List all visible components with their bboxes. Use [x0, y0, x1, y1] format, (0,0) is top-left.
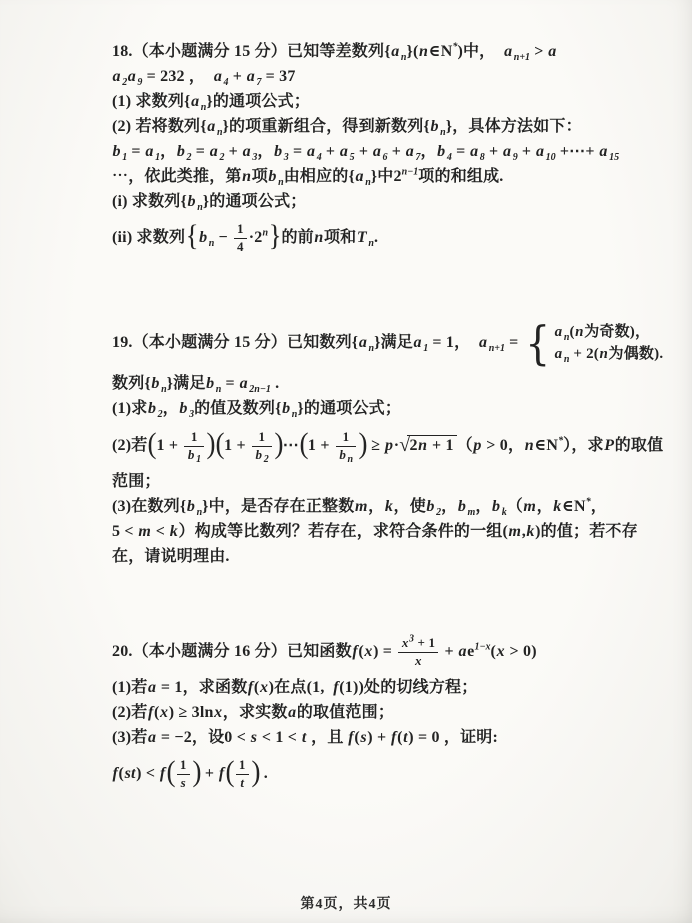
- text-run: }满足: [374, 334, 413, 351]
- text-run: )中，: [457, 43, 503, 60]
- math-variable: n: [575, 324, 585, 340]
- text-run: ，: [475, 498, 491, 515]
- text-run: (3)在数列{: [112, 498, 186, 515]
- text-run: (1) 求数列{: [112, 93, 191, 110]
- text-run: = 1，: [428, 334, 478, 351]
- text-run: +: [201, 765, 219, 782]
- text-run: }满足: [167, 375, 206, 392]
- math-variable: b: [457, 498, 466, 515]
- text-run: (2) 若将数列{: [112, 118, 207, 135]
- text-run: ⋯: [283, 437, 299, 454]
- text-run: > 0): [505, 643, 536, 660]
- text-run: 的取值: [615, 437, 664, 454]
- math-variable: b: [186, 498, 195, 515]
- denominator: b1: [184, 447, 204, 463]
- math-variable: P: [604, 437, 615, 454]
- math-variable: a: [599, 143, 608, 160]
- text-run: 的前: [281, 229, 313, 246]
- math-variable: x: [259, 679, 268, 696]
- text-run: (1)求: [112, 400, 147, 417]
- problem-19-line-7: 5 < m < k）构成等比数列？若存在，求符合条件的一组(m,k)的值；若不存: [112, 520, 652, 544]
- math-variable: b: [187, 447, 195, 462]
- math-variable: b: [282, 400, 291, 417]
- problem-19-line-2: 数列{bn}满足bn = a2n−1 .: [112, 372, 652, 396]
- fraction: 1b1: [184, 430, 204, 463]
- text-run: 2: [409, 437, 417, 454]
- numerator: x3 + 1: [398, 636, 438, 653]
- text-run: 1: [343, 429, 350, 444]
- text-run: 项: [252, 168, 268, 185]
- denominator: s: [177, 775, 190, 791]
- text-run: >: [530, 43, 548, 60]
- text-run: =: [192, 143, 210, 160]
- text-run: ) =: [373, 643, 396, 660]
- math-variable: a: [504, 43, 513, 60]
- bold-symbol: N: [441, 43, 453, 60]
- problem-19-line-3: (1)求b2，b3的值及数列{bn}的通项公式；: [112, 397, 652, 421]
- text-run: +: [229, 68, 247, 85]
- math-variable: m: [508, 523, 522, 540]
- math-variable: a: [147, 679, 156, 696]
- text-run: ) ≥ 3ln: [169, 704, 214, 721]
- math-variable: a: [372, 143, 381, 160]
- math-variable: s: [250, 729, 257, 746]
- math-variable: m: [138, 523, 152, 540]
- math-variable: m: [354, 498, 368, 515]
- text-run: ，: [368, 498, 384, 515]
- subscript: 1: [196, 454, 201, 465]
- exam-content: 18.（本小题满分 15 分）已知等差数列{an}(n∈N*)中， an+1 >…: [112, 40, 652, 798]
- numerator: 1: [177, 758, 190, 775]
- math-variable: s: [180, 775, 186, 790]
- text-run: ⋯，依此类推，第: [112, 168, 242, 185]
- math-variable: n: [242, 168, 252, 185]
- text-run: (: [569, 324, 574, 340]
- problem-18: 18.（本小题满分 15 分）已知等差数列{an}(n∈N*)中， an+1 >…: [112, 40, 652, 261]
- subscript: 2n−1: [249, 384, 271, 395]
- text-run: + 2(: [569, 346, 599, 362]
- text-run: = 1，求函数: [157, 679, 248, 696]
- text-run: =: [221, 375, 239, 392]
- math-variable: m: [523, 498, 537, 515]
- scanned-exam-page: 18.（本小题满分 15 分）已知等差数列{an}(n∈N*)中， an+1 >…: [0, 0, 692, 923]
- page-footer: 第4页，共4页: [0, 893, 692, 913]
- math-variable: x: [364, 643, 373, 660]
- math-variable: k: [553, 498, 562, 515]
- math-variable: x: [414, 653, 422, 668]
- math-variable: a: [479, 334, 488, 351]
- problem-19-line-5: 范围；: [112, 470, 652, 494]
- problem-18-line-5: b1 = a1，b2 = a2 + a3，b3 = a4 + a5 + a6 +…: [112, 140, 652, 164]
- math-variable: n: [419, 43, 429, 60]
- text-run: ）构成等比数列？若存在，求符合条件的一组(: [179, 523, 509, 540]
- math-variable: f: [159, 765, 166, 782]
- text-run: = −2，设0 <: [157, 729, 251, 746]
- math-variable: a: [535, 143, 544, 160]
- math-variable: a: [503, 143, 512, 160]
- text-run: 20.（本小题满分 16 分）已知函数: [112, 643, 352, 660]
- fraction: 1bn: [336, 430, 356, 463]
- math-variable: b: [147, 400, 156, 417]
- text-run: +: [355, 143, 373, 160]
- math-variable: f: [218, 765, 225, 782]
- text-run: 19.（本小题满分 15 分）已知数列{: [112, 334, 358, 351]
- case-rows: an(n为奇数)，an + 2(n为偶数).: [554, 321, 663, 366]
- text-run: ，: [160, 143, 176, 160]
- text-run: ∈: [429, 43, 441, 60]
- math-variable: a: [470, 143, 479, 160]
- problem-20-line-1: 20.（本小题满分 16 分）已知函数f(x) = x3 + 1x + ae1−…: [112, 629, 652, 675]
- text-run: (2)若: [112, 437, 147, 454]
- problem-18-line-7: (i) 求数列{bn}的通项公式；: [112, 190, 652, 214]
- denominator: b2: [252, 447, 272, 463]
- math-variable: a: [339, 143, 348, 160]
- problem-20-line-2: (1)若a = 1，求函数f(x)在点(1, f(1))处的切线方程；: [112, 676, 652, 700]
- text-run: (1)若: [112, 679, 147, 696]
- math-variable: b: [187, 193, 196, 210]
- math-variable: a: [391, 43, 400, 60]
- fraction: 14: [234, 222, 247, 255]
- text-run: =: [289, 143, 307, 160]
- fraction: 1s: [177, 758, 190, 791]
- math-variable: x: [160, 704, 169, 721]
- text-run: (ii) 求数列: [112, 229, 185, 246]
- radicand: 2n + 1: [407, 435, 456, 455]
- text-run: > 0，: [482, 437, 524, 454]
- text-run: +⋯+: [556, 143, 599, 160]
- text-run: 5 <: [112, 523, 138, 540]
- text-run: ) <: [136, 765, 159, 782]
- math-variable: x: [496, 643, 505, 660]
- problem-20-line-4: (3)若a = −2，设0 < s < 1 < t ，且 f(s) + f(t)…: [112, 726, 652, 750]
- text-run: 项的和组成.: [418, 168, 503, 185]
- text-run: (i) 求数列{: [112, 193, 187, 210]
- text-run: <: [152, 523, 170, 540]
- radical: √2n + 1: [399, 422, 456, 469]
- subscript: n: [348, 454, 354, 465]
- text-run: ∈: [562, 498, 574, 515]
- problem-18-line-4: (2) 若将数列{an}的项重新组合，得到新数列{bn}，具体方法如下：: [112, 115, 652, 139]
- text-run: + 1: [414, 635, 435, 650]
- math-variable: p: [473, 437, 482, 454]
- text-run: −: [214, 229, 232, 246]
- text-run: ，: [163, 400, 179, 417]
- math-variable: a: [112, 68, 121, 85]
- math-variable: a: [191, 93, 200, 110]
- text-run: 1: [237, 221, 244, 236]
- math-variable: x: [214, 704, 223, 721]
- text-run: 1: [180, 757, 187, 772]
- math-variable: a: [147, 729, 156, 746]
- text-run: ) = 0 ，证明:: [408, 729, 498, 746]
- problem-19: 19.（本小题满分 15 分）已知数列{an}满足a1 = 1， an+1 = …: [112, 315, 652, 569]
- problem-18-line-8: (ii) 求数列{bn − 14·2n}的前n项和Tn.: [112, 215, 652, 261]
- math-variable: b: [426, 498, 435, 515]
- subscript: n+1: [514, 52, 530, 63]
- text-run: +: [485, 143, 503, 160]
- math-variable: b: [430, 118, 439, 135]
- superscript: 1−x: [474, 642, 490, 653]
- problem-18-line-3: (1) 求数列{an}的通项公式；: [112, 90, 652, 114]
- denominator: 4: [234, 239, 247, 255]
- math-variable: a: [405, 143, 414, 160]
- text-run: (2)若: [112, 704, 147, 721]
- math-variable: p: [385, 437, 394, 454]
- text-run: }的通项公式；: [206, 93, 310, 110]
- text-run: = 37: [261, 68, 295, 85]
- math-variable: b: [339, 447, 347, 462]
- math-variable: n: [599, 346, 609, 362]
- case-row: an(n为奇数)，: [554, 321, 663, 344]
- numerator: 1: [336, 430, 356, 447]
- math-variable: b: [437, 143, 446, 160]
- math-variable: t: [240, 775, 245, 790]
- math-variable: k: [169, 523, 178, 540]
- text-run: 在，请说明理由.: [112, 548, 230, 565]
- text-run: (1))处的切线方程；: [339, 679, 477, 696]
- denominator: bn: [336, 447, 356, 463]
- denominator: t: [236, 775, 249, 791]
- text-run: }(: [406, 43, 418, 60]
- text-run: (3)若: [112, 729, 147, 746]
- text-run: }的通项公式；: [297, 400, 401, 417]
- math-variable: k: [384, 498, 393, 515]
- math-variable: a: [358, 334, 367, 351]
- text-run: ，且: [307, 729, 348, 746]
- text-run: （: [507, 498, 523, 515]
- math-variable: b: [255, 447, 263, 462]
- numerator: 1: [234, 222, 247, 239]
- fraction: 1b2: [252, 430, 272, 463]
- text-run: .: [260, 765, 268, 782]
- left-brace-icon: {: [525, 320, 550, 366]
- text-run: ，使: [394, 498, 426, 515]
- math-variable: a: [207, 118, 216, 135]
- math-variable: a: [209, 143, 218, 160]
- text-run: +: [518, 143, 536, 160]
- text-run: }，具体方法如下：: [446, 118, 582, 135]
- text-run: ∈: [534, 437, 546, 454]
- fraction: x3 + 1x: [398, 636, 438, 669]
- superscript: n: [263, 228, 269, 239]
- text-run: ) +: [367, 729, 390, 746]
- text-run: < 1 <: [258, 729, 302, 746]
- text-run: ），求: [563, 437, 604, 454]
- math-variable: b: [179, 400, 188, 417]
- text-run: （: [457, 437, 473, 454]
- text-run: }的通项公式；: [203, 193, 307, 210]
- text-run: }的项重新组合，得到新数列{: [223, 118, 430, 135]
- math-variable: a: [239, 375, 248, 392]
- math-variable: b: [206, 375, 215, 392]
- math-variable: a: [458, 643, 467, 660]
- text-run: =: [127, 143, 145, 160]
- text-run: 的值及数列{: [194, 400, 282, 417]
- problem-18-line-6: ⋯，依此类推，第n项bn由相应的{an}中2n−1项的和组成.: [112, 165, 652, 189]
- text-run: 1: [239, 757, 246, 772]
- problem-19-line-1: 19.（本小题满分 15 分）已知数列{an}满足a1 = 1， an+1 = …: [112, 315, 652, 371]
- problem-19-line-4: (2)若(1 + 1b1)(1 + 1b2)⋯(1 + 1bn) ≥ p·√2n…: [112, 422, 652, 469]
- text-run: 为偶数).: [609, 346, 664, 362]
- math-variable: a: [145, 143, 154, 160]
- numerator: 1: [236, 758, 249, 775]
- text-run: 1: [191, 429, 198, 444]
- math-variable: b: [176, 143, 185, 160]
- text-run: }中2: [371, 168, 402, 185]
- math-variable: T: [356, 229, 367, 246]
- math-variable: k: [526, 523, 535, 540]
- text-run: +: [224, 143, 242, 160]
- text-run: .: [271, 375, 279, 392]
- problem-18-line-2: a2a9 = 232 ， a4 + a7 = 37: [112, 65, 652, 89]
- case-row: an + 2(n为偶数).: [554, 343, 663, 366]
- problem-19-line-6: (3)在数列{bn}中，是否存在正整数m，k，使b2，bm，bk（m，k∈N*，: [112, 495, 652, 519]
- problem-20-line-3: (2)若f(x) ≥ 3lnx，求实数a的取值范围；: [112, 701, 652, 725]
- text-run: 1 +: [156, 437, 182, 454]
- text-run: 由相应的{: [284, 168, 355, 185]
- text-run: ，: [441, 498, 457, 515]
- math-variable: a: [288, 704, 297, 721]
- text-run: ，: [420, 143, 436, 160]
- text-run: (: [354, 729, 360, 746]
- math-variable: n: [524, 437, 534, 454]
- bold-symbol: N: [574, 498, 586, 515]
- problem-20-line-5: f(st) < f(1s) + f(1t) .: [112, 751, 652, 797]
- math-variable: a: [246, 68, 255, 85]
- text-run: +: [388, 143, 406, 160]
- subscript: 2: [264, 454, 269, 465]
- denominator: x: [398, 653, 438, 669]
- problem-19-line-8: 在，请说明理由.: [112, 545, 652, 569]
- superscript: n−1: [402, 167, 419, 178]
- text-run: ≥: [367, 437, 384, 454]
- math-variable: b: [274, 143, 283, 160]
- math-variable: n: [314, 229, 324, 246]
- math-variable: b: [492, 498, 501, 515]
- text-run: 1 +: [224, 437, 250, 454]
- text-run: (: [397, 729, 403, 746]
- fraction: 1t: [236, 758, 249, 791]
- math-variable: a: [307, 143, 316, 160]
- numerator: 1: [184, 430, 204, 447]
- text-run: =: [505, 334, 523, 351]
- math-variable: b: [112, 143, 121, 160]
- math-variable: st: [124, 765, 136, 782]
- text-run: +: [440, 643, 458, 660]
- text-run: 数列{: [112, 375, 151, 392]
- numerator: 1: [252, 430, 272, 447]
- text-run: 1 +: [308, 437, 334, 454]
- text-run: (: [154, 704, 160, 721]
- text-run: = 232 ，: [142, 68, 213, 85]
- math-variable: a: [554, 324, 563, 340]
- text-run: ，: [537, 498, 553, 515]
- math-variable: a: [242, 143, 251, 160]
- text-run: ，求实数: [223, 704, 288, 721]
- math-variable: n: [418, 437, 428, 454]
- math-variable: a: [127, 68, 136, 85]
- text-run: ，: [591, 498, 607, 515]
- math-variable: a: [554, 346, 563, 362]
- math-variable: x: [401, 635, 409, 650]
- text-run: )的值；若不存: [535, 523, 638, 540]
- text-run: 项和: [324, 229, 356, 246]
- text-run: )在点(1,: [269, 679, 333, 696]
- math-variable: a: [213, 68, 222, 85]
- text-run: 18.（本小题满分 15 分）已知等差数列{: [112, 43, 391, 60]
- text-run: +: [322, 143, 340, 160]
- text-run: 的取值范围；: [297, 704, 394, 721]
- text-run: + 1: [428, 437, 454, 454]
- piecewise-cases: {an(n为奇数)，an + 2(n为偶数).: [523, 320, 664, 366]
- subscript: 15: [609, 152, 619, 163]
- text-run: }中，是否存在正整数: [202, 498, 354, 515]
- problem-18-line-1: 18.（本小题满分 15 分）已知等差数列{an}(n∈N*)中， an+1 >…: [112, 40, 652, 64]
- math-variable: b: [199, 229, 208, 246]
- text-run: ·2: [249, 229, 263, 246]
- text-run: .: [374, 229, 378, 246]
- math-variable: b: [151, 375, 160, 392]
- text-run: ，: [257, 143, 273, 160]
- math-variable: a: [548, 43, 557, 60]
- math-variable: a: [355, 168, 364, 185]
- subscript: 10: [546, 152, 556, 163]
- text-run: 范围；: [112, 473, 161, 490]
- subscript: n+1: [489, 343, 505, 354]
- text-run: 1: [259, 429, 266, 444]
- text-run: 4: [237, 239, 244, 254]
- bold-symbol: N: [546, 437, 558, 454]
- math-variable: b: [268, 168, 277, 185]
- text-run: 为奇数)，: [584, 324, 650, 340]
- math-variable: a: [413, 334, 422, 351]
- problem-20: 20.（本小题满分 16 分）已知函数f(x) = x3 + 1x + ae1−…: [112, 629, 652, 797]
- text-run: =: [452, 143, 470, 160]
